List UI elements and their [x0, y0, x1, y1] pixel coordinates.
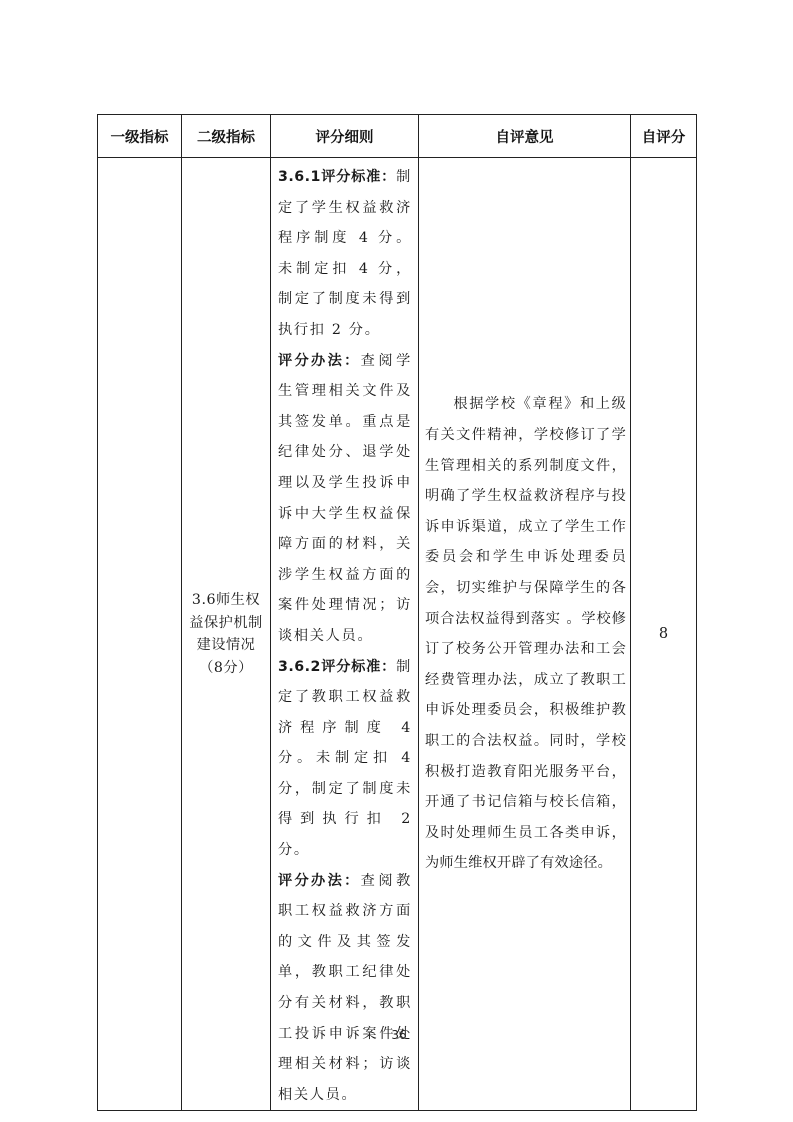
header-scoring-rules: 评分细则 — [271, 115, 419, 158]
criteria-item: 评分办法：查阅学生管理相关文件及其签发单。重点是纪律处分、退学处理以及学生投诉申… — [278, 346, 412, 652]
criteria-item: 评分办法：查阅教职工权益救济方面的文件及其签发单，教职工纪律处分有关材料，教职工… — [278, 866, 412, 1111]
criteria-text: 查阅学生管理相关文件及其签发单。重点是纪律处分、退学处理以及学生投诉申诉中大学生… — [278, 353, 412, 644]
evaluation-table: 一级指标 二级指标 评分细则 自评意见 自评分 3.6师生权益保护机制建设情况（… — [97, 114, 697, 1111]
criteria-label: 3.6.2评分标准： — [278, 659, 396, 675]
header-level2-indicator: 二级指标 — [182, 115, 271, 158]
self-evaluation-text: 根据学校《章程》和上级有关文件精神，学校修订了学生管理相关的系列制度文件，明确了… — [425, 389, 626, 879]
table-row: 3.6师生权益保护机制建设情况（8分） 3.6.1评分标准：制定了学生权益救济程… — [98, 158, 697, 1111]
criteria-text: 查阅教职工权益救济方面的文件及其签发单，教职工纪律处分有关材料，教职工投诉申诉案… — [278, 873, 412, 1103]
header-self-score: 自评分 — [631, 115, 697, 158]
criteria-item: 3.6.1评分标准：制定了学生权益救济程序制度 4 分。未制定扣 4 分，制定了… — [278, 162, 412, 346]
header-level1-indicator: 一级指标 — [98, 115, 182, 158]
criteria-text: 制定了教职工权益救济程序制度 4 分。未制定扣 4 分，制定了制度未得到执行扣 … — [278, 659, 412, 859]
level1-cell — [98, 158, 182, 1111]
criteria-label: 评分办法： — [278, 873, 361, 889]
page-number: 36 — [0, 1028, 793, 1042]
self-evaluation-cell: 根据学校《章程》和上级有关文件精神，学校修订了学生管理相关的系列制度文件，明确了… — [419, 158, 631, 1111]
header-row: 一级指标 二级指标 评分细则 自评意见 自评分 — [98, 115, 697, 158]
criteria-item: 3.6.2评分标准：制定了教职工权益救济程序制度 4 分。未制定扣 4 分，制定… — [278, 652, 412, 866]
criteria-label: 3.6.1评分标准： — [278, 169, 396, 185]
criteria-label: 评分办法： — [278, 353, 361, 369]
level2-cell: 3.6师生权益保护机制建设情况（8分） — [182, 158, 271, 1111]
self-score-cell: 8 — [631, 158, 697, 1111]
header-self-evaluation: 自评意见 — [419, 115, 631, 158]
criteria-text: 制定了学生权益救济程序制度 4 分。未制定扣 4 分，制定了制度未得到执行扣 2… — [278, 169, 412, 338]
criteria-cell: 3.6.1评分标准：制定了学生权益救济程序制度 4 分。未制定扣 4 分，制定了… — [271, 158, 419, 1111]
